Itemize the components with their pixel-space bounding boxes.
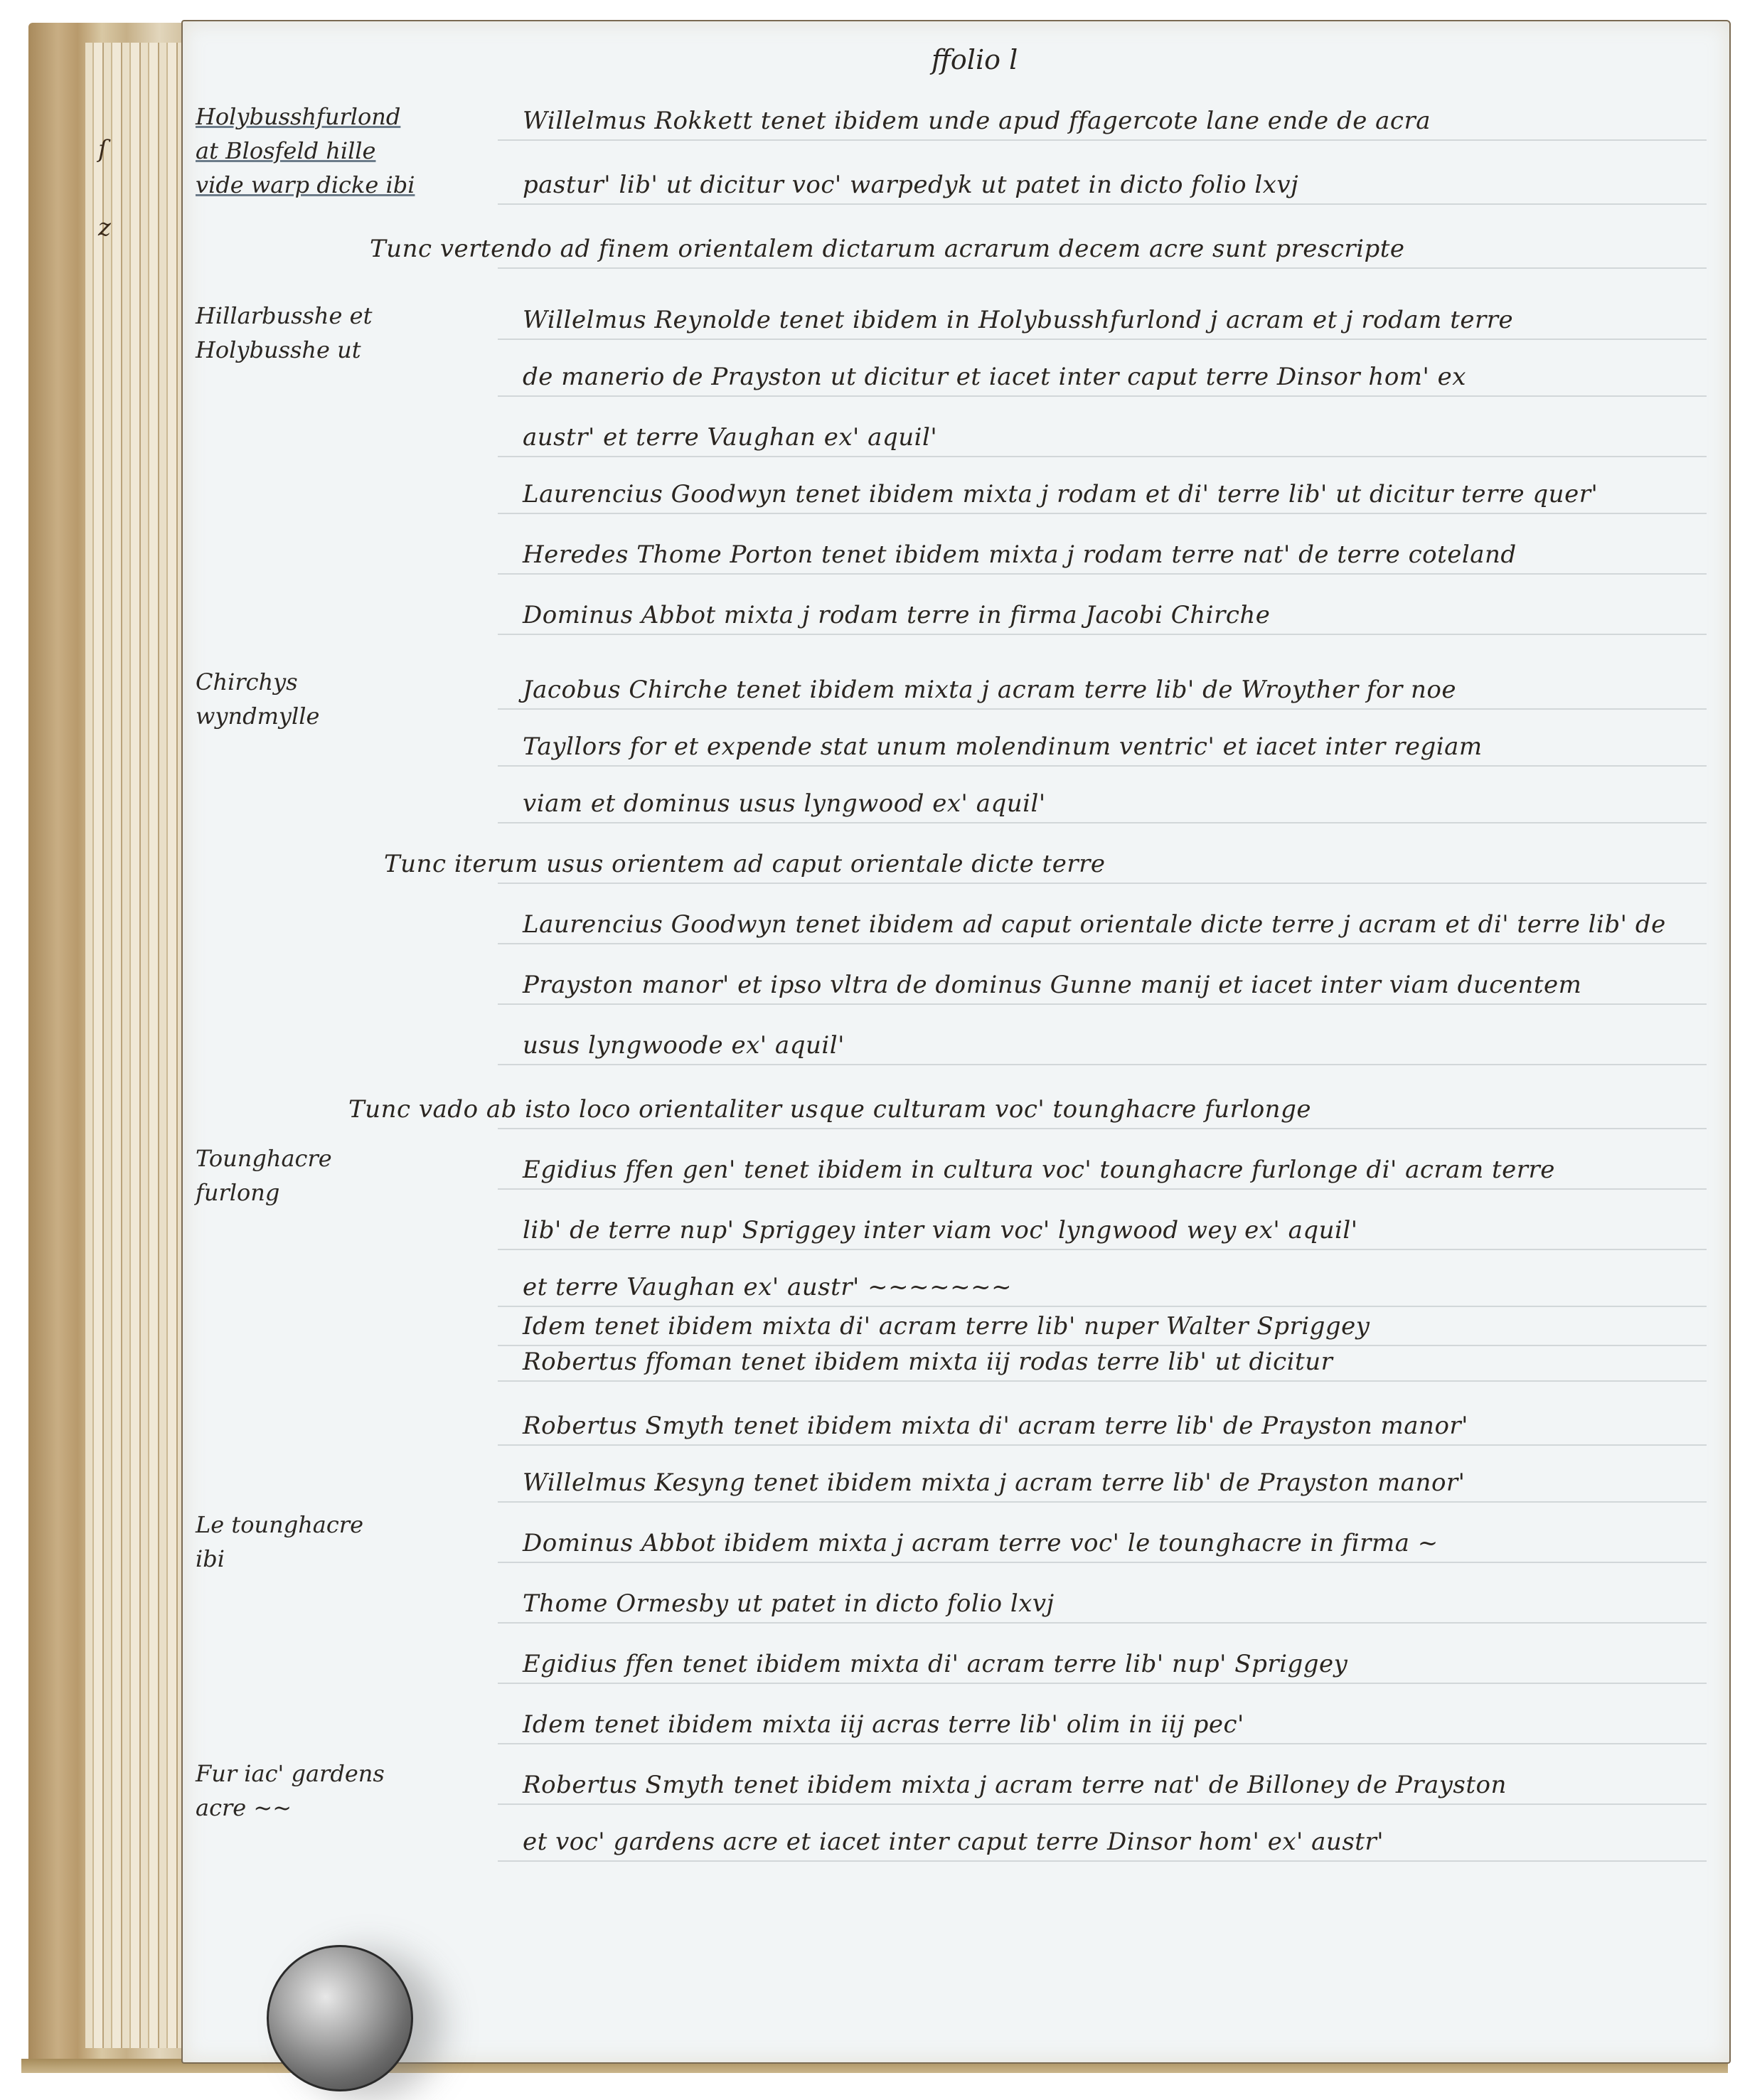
ruled-line <box>498 943 1707 944</box>
ruled-line <box>498 634 1707 635</box>
ruled-line <box>498 1501 1707 1503</box>
spine-mark-2: z <box>98 213 114 242</box>
spine-mark-1: ſ <box>98 135 114 164</box>
manuscript-line: et terre Vaughan ex' austr' ~~~~~~~ <box>523 1273 1012 1301</box>
ruled-line <box>498 1444 1707 1446</box>
ruled-line <box>498 395 1707 397</box>
manuscript-line: Egidius ffen gen' tenet ibidem in cultur… <box>523 1156 1555 1184</box>
manuscript-line: Tunc vado ab isto loco orientaliter usqu… <box>348 1095 1311 1124</box>
ruled-line <box>498 1860 1707 1862</box>
margin-note: Hillarbusshe et Holybusshe ut <box>196 299 501 367</box>
manuscript-line: viam et dominus usus lyngwood ex' aquil' <box>523 789 1046 818</box>
ruled-line <box>498 513 1707 514</box>
ruled-line <box>498 1683 1707 1684</box>
manuscript-line: Idem tenet ibidem mixta di' acram terre … <box>523 1312 1370 1341</box>
manuscript-line: usus lyngwoode ex' aquil' <box>523 1031 845 1060</box>
ruled-line <box>498 1064 1707 1065</box>
manuscript-line: Heredes Thome Porton tenet ibidem mixta … <box>523 540 1517 569</box>
manuscript-line: Prayston manor' et ipso vltra de dominus… <box>523 971 1581 999</box>
manuscript-line: pastur' lib' ut dicitur voc' warpedyk ut… <box>523 171 1298 199</box>
margin-note: Fur iac' gardens acre ~~ <box>196 1757 501 1825</box>
ruled-line <box>498 1622 1707 1624</box>
ruled-line <box>498 1345 1707 1346</box>
ruled-line <box>498 1743 1707 1744</box>
manuscript-line: Robertus Smyth tenet ibidem mixta di' ac… <box>523 1412 1468 1440</box>
ruled-line <box>498 139 1707 141</box>
manuscript-line: Robertus Smyth tenet ibidem mixta j acra… <box>523 1771 1507 1799</box>
manuscript-line: Laurencius Goodwyn tenet ibidem ad caput… <box>523 910 1666 939</box>
ruled-line <box>498 708 1707 710</box>
ruled-line <box>498 456 1707 457</box>
ruled-line <box>498 1188 1707 1190</box>
manuscript-line: lib' de terre nup' Spriggey inter viam v… <box>523 1216 1358 1244</box>
manuscript-line: Laurencius Goodwyn tenet ibidem mixta j … <box>523 480 1598 508</box>
ruled-line <box>498 1562 1707 1563</box>
ruled-line <box>498 765 1707 767</box>
manuscript-line: austr' et terre Vaughan ex' aquil' <box>523 423 937 452</box>
ruled-line <box>498 1306 1707 1307</box>
manuscript-line: et voc' gardens acre et iacet inter capu… <box>523 1828 1384 1856</box>
ruled-line <box>498 822 1707 824</box>
page-edges <box>85 43 185 2048</box>
margin-note: Tounghacre furlong <box>196 1141 501 1210</box>
margin-note: Le tounghacre ibi <box>196 1508 501 1576</box>
manuscript-line: Robertus ffoman tenet ibidem mixta iij r… <box>523 1348 1333 1376</box>
manuscript-line: Thome Ormesby ut patet in dicto folio lx… <box>523 1589 1055 1618</box>
manuscript-line: Idem tenet ibidem mixta iij acras terre … <box>523 1710 1244 1739</box>
ruled-line <box>498 267 1707 269</box>
ruled-line <box>498 1128 1707 1129</box>
folio-number: ffolio l <box>932 44 1018 75</box>
manuscript-line: Egidius ffen tenet ibidem mixta di' acra… <box>523 1650 1347 1678</box>
metal-weight-icon <box>267 1945 413 2091</box>
manuscript-line: Willelmus Reynolde tenet ibidem in Holyb… <box>523 306 1513 334</box>
manuscript-line: Willelmus Rokkett tenet ibidem unde apud… <box>523 107 1431 135</box>
ruled-line <box>498 339 1707 340</box>
manuscript-line: Willelmus Kesyng tenet ibidem mixta j ac… <box>523 1469 1466 1497</box>
manuscript-line: Tunc vertendo ad finem orientalem dictar… <box>370 235 1405 263</box>
manuscript-line: Dominus Abbot ibidem mixta j acram terre… <box>523 1529 1439 1557</box>
ruled-line <box>498 1249 1707 1250</box>
manuscript-line: Tunc iterum usus orientem ad caput orien… <box>384 850 1105 878</box>
manuscript-line: Tayllors for et expende stat unum molend… <box>523 732 1483 761</box>
margin-note: Holybusshfurlond at Blosfeld hille vide … <box>196 100 501 202</box>
manuscript-line: Dominus Abbot mixta j rodam terre in fir… <box>523 601 1270 629</box>
ruled-line <box>498 883 1707 884</box>
ruled-line <box>498 203 1707 205</box>
ruled-line <box>498 573 1707 575</box>
margin-note: Chirchys wyndmylle <box>196 665 501 733</box>
manuscript-line: Jacobus Chirche tenet ibidem mixta j acr… <box>523 676 1456 704</box>
ruled-line <box>498 1003 1707 1005</box>
ruled-line <box>498 1803 1707 1805</box>
ruled-line <box>498 1380 1707 1382</box>
manuscript-line: de manerio de Prayston ut dicitur et iac… <box>523 363 1466 391</box>
